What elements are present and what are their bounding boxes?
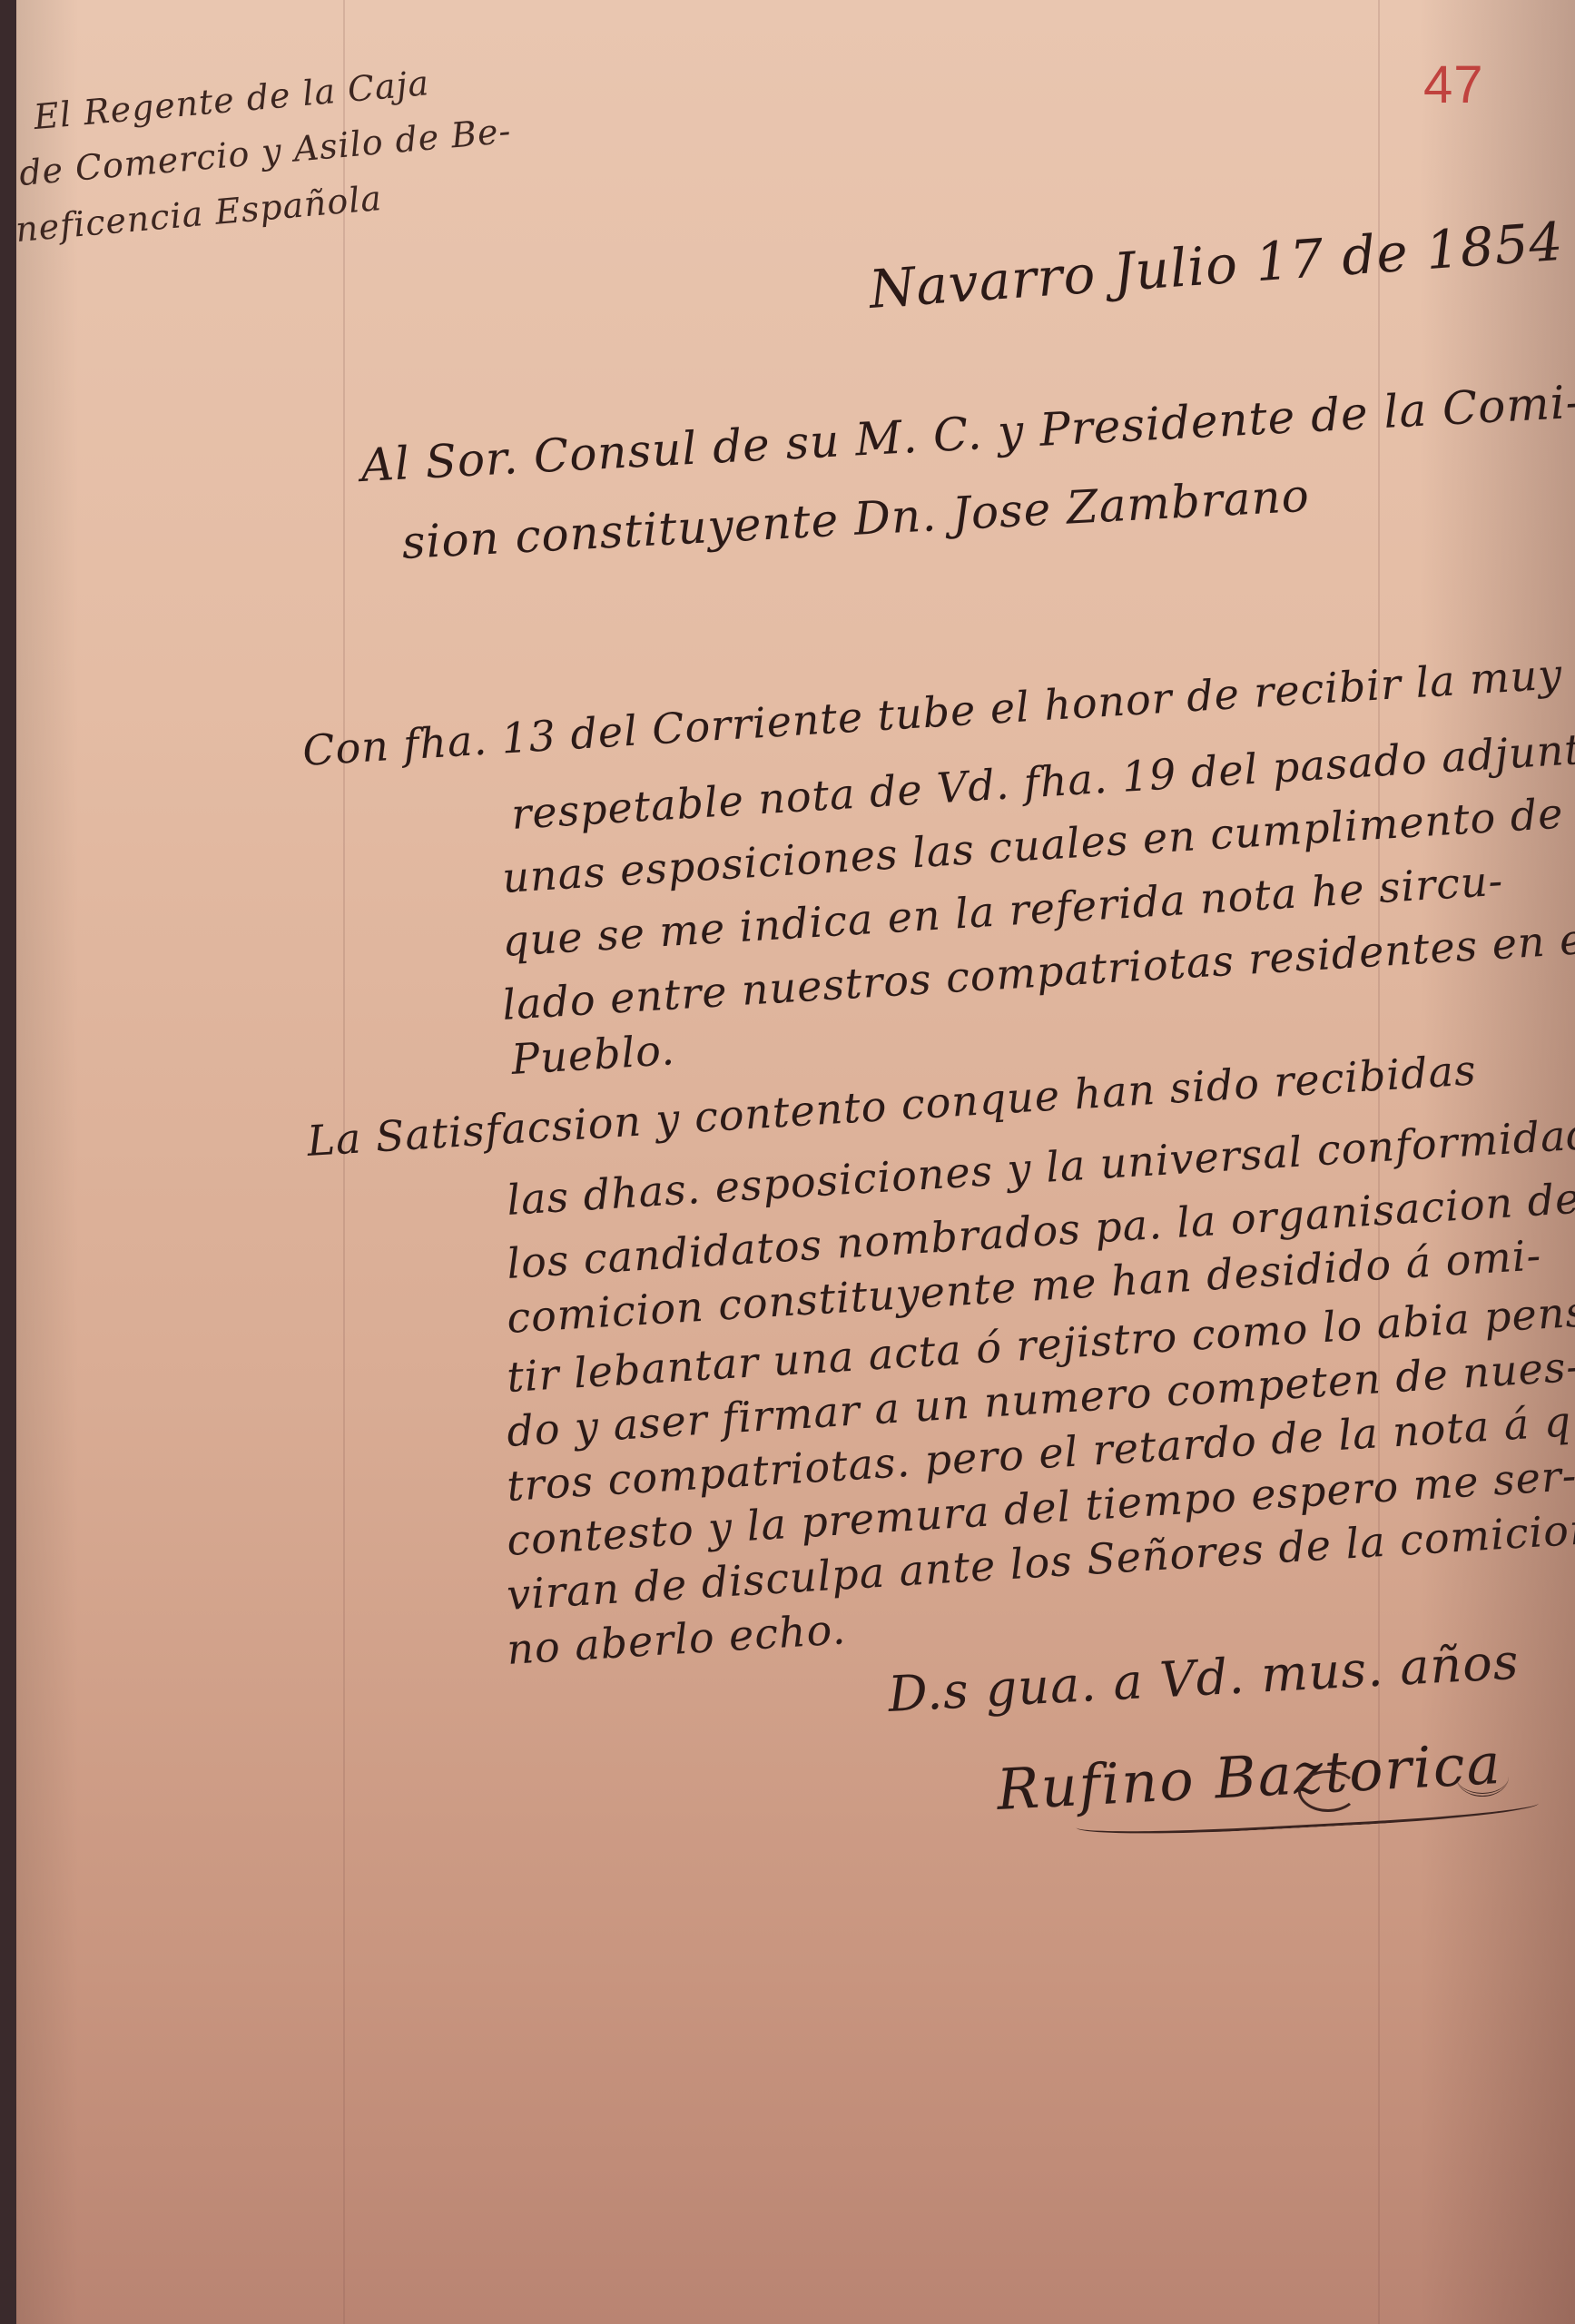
folio-number: 47 (1423, 54, 1484, 115)
body-line: Pueblo. (510, 1025, 676, 1084)
